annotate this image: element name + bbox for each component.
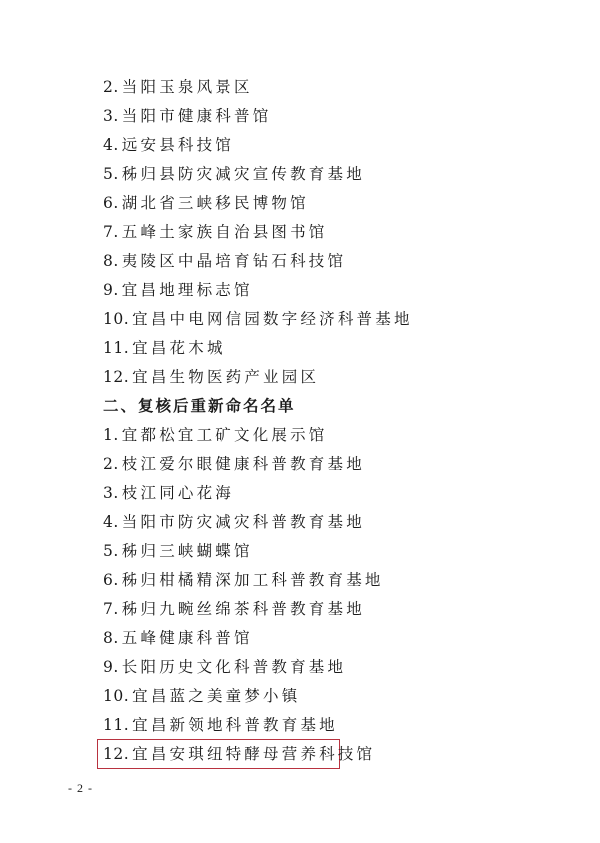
list-item: 5.秭归三峡蝴蝶馆: [103, 541, 253, 561]
item-number: 5.: [103, 542, 119, 560]
item-text: 五峰土家族自治县图书馆: [122, 223, 328, 241]
item-text: 远安县科技馆: [122, 136, 234, 154]
item-text: 宜昌蓝之美童梦小镇: [132, 687, 300, 705]
item-text: 秭归三峡蝴蝶馆: [122, 542, 253, 560]
item-number: 9.: [103, 658, 119, 676]
item-text: 湖北省三峡移民博物馆: [122, 194, 309, 212]
list-item: 9.长阳历史文化科普教育基地: [103, 657, 346, 677]
item-number: 8.: [103, 252, 119, 270]
list-item: 6.湖北省三峡移民博物馆: [103, 193, 309, 213]
item-text: 五峰健康科普馆: [122, 629, 253, 647]
item-number: 9.: [103, 281, 119, 299]
item-text: 宜昌新领地科普教育基地: [132, 716, 338, 734]
item-text: 夷陵区中晶培育钻石科技馆: [122, 252, 346, 270]
list-item: 10.宜昌中电网信园数字经济科普基地: [103, 309, 413, 329]
item-text: 秭归柑橘精深加工科普教育基地: [122, 571, 384, 589]
item-number: 1.: [103, 426, 119, 444]
list-item: 5.秭归县防灾减灾宣传教育基地: [103, 164, 365, 184]
item-number: 10.: [103, 310, 129, 328]
list-item: 9.宜昌地理标志馆: [103, 280, 253, 300]
item-number: 5.: [103, 165, 119, 183]
item-text: 宜昌生物医药产业园区: [132, 368, 319, 386]
list-item: 11.宜昌新领地科普教育基地: [103, 715, 338, 735]
list-item: 4.远安县科技馆: [103, 135, 234, 155]
item-text: 枝江爱尔眼健康科普教育基地: [122, 455, 365, 473]
list-item: 12.宜昌生物医药产业园区: [103, 367, 319, 387]
list-item: 7.五峰土家族自治县图书馆: [103, 222, 328, 242]
list-item: 8.夷陵区中晶培育钻石科技馆: [103, 251, 346, 271]
item-number: 10.: [103, 687, 129, 705]
item-number: 4.: [103, 136, 119, 154]
item-number: 12.: [103, 745, 129, 763]
item-text: 宜都松宜工矿文化展示馆: [122, 426, 328, 444]
list-item: 8.五峰健康科普馆: [103, 628, 253, 648]
item-number: 7.: [103, 600, 119, 618]
item-number: 8.: [103, 629, 119, 647]
item-text: 宜昌花木城: [132, 339, 226, 357]
item-number: 6.: [103, 194, 119, 212]
item-number: 4.: [103, 513, 119, 531]
list-item: 3.当阳市健康科普馆: [103, 106, 271, 126]
list-item: 10.宜昌蓝之美童梦小镇: [103, 686, 300, 706]
item-text: 宜昌地理标志馆: [122, 281, 253, 299]
item-number: 2.: [103, 78, 119, 96]
item-text: 当阳市防灾减灾科普教育基地: [122, 513, 365, 531]
item-text: 当阳市健康科普馆: [122, 107, 272, 125]
item-text: 秭归九畹丝绵茶科普教育基地: [122, 600, 365, 618]
list-item: 7.秭归九畹丝绵茶科普教育基地: [103, 599, 365, 619]
list-item: 1.宜都松宜工矿文化展示馆: [103, 425, 328, 445]
list-item-highlighted: 12.宜昌安琪纽特酵母营养科技馆: [103, 744, 375, 764]
page-number: - 2 -: [68, 781, 93, 796]
item-number: 11.: [103, 339, 129, 357]
item-text: 枝江同心花海: [122, 484, 234, 502]
list-item: 2.枝江爱尔眼健康科普教育基地: [103, 454, 365, 474]
item-number: 7.: [103, 223, 119, 241]
list-item: 6.秭归柑橘精深加工科普教育基地: [103, 570, 384, 590]
list-item: 2.当阳玉泉风景区: [103, 77, 253, 97]
item-text: 宜昌安琪纽特酵母营养科技馆: [132, 745, 375, 763]
item-number: 11.: [103, 716, 129, 734]
list-item: 3.枝江同心花海: [103, 483, 234, 503]
item-text: 秭归县防灾减灾宣传教育基地: [122, 165, 365, 183]
list-item: 11.宜昌花木城: [103, 338, 226, 358]
item-number: 12.: [103, 368, 129, 386]
item-number: 6.: [103, 571, 119, 589]
item-text: 当阳玉泉风景区: [122, 78, 253, 96]
document-page: 2.当阳玉泉风景区 3.当阳市健康科普馆 4.远安县科技馆 5.秭归县防灾减灾宣…: [0, 0, 600, 843]
list-item: 4.当阳市防灾减灾科普教育基地: [103, 512, 365, 532]
item-number: 2.: [103, 455, 119, 473]
item-text: 长阳历史文化科普教育基地: [122, 658, 346, 676]
item-text: 宜昌中电网信园数字经济科普基地: [132, 310, 413, 328]
section-heading: 二、复核后重新命名名单: [103, 396, 296, 416]
item-number: 3.: [103, 107, 119, 125]
item-number: 3.: [103, 484, 119, 502]
